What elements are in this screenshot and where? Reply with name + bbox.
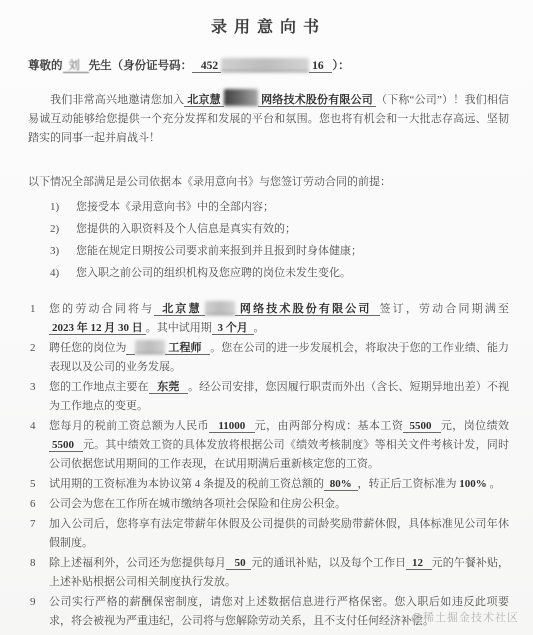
probation-salary-percent: 80% xyxy=(324,478,358,491)
document-page: 录用意向书 尊敬的 刘 先生（身份证号码： 45216 ）： 我们非常高兴地邀请… xyxy=(0,0,533,635)
item-number: 6 xyxy=(30,495,49,514)
contract-company-prefix: 北京慧 xyxy=(154,303,204,316)
id-number-redaction xyxy=(221,58,309,72)
item-text: 您每月的税前工资总额为人民币 11000 元，由两部分构成：基本工资 5500 … xyxy=(49,417,509,474)
company-name-suffix: 网络技术股份有限公司 xyxy=(258,94,376,107)
list-item: 3)您能在规定日期按公司要求前来报到并且报到时身体健康； xyxy=(28,240,509,262)
work-location: 东莞 xyxy=(149,381,188,394)
company-name-prefix: 北京慧 xyxy=(184,94,224,107)
list-item: 6公司会为您在工作所在城市缴纳各项社会保险和住房公积金。 xyxy=(28,495,509,514)
contract-company-suffix: 网络技术股份有限公司 xyxy=(235,303,380,316)
conditions-list: 1)您接受本《录用意向书》中的全部内容；2)您提供的入职资料及个人信息是真实有效… xyxy=(28,196,509,284)
item-number: 4) xyxy=(50,262,76,284)
list-item: 3您的工作地点主要在 东莞 。经公司安排，您因履行职责而外出（含长、短期异地出差… xyxy=(28,378,509,416)
id-number-prefix: 452 xyxy=(192,60,221,73)
lunch-allowance: 12 xyxy=(406,557,431,570)
item-text: 您入职之前公司的组织机构及您应聘的岗位未发生变化。 xyxy=(76,262,509,284)
list-item: 8除上述福利外，公司还为您提供每月 50 元的通讯补贴，以及每个工作日 12 元… xyxy=(28,554,509,592)
item-text: 公司会为您在工作所在城市缴纳各项社会保险和住房公积金。 xyxy=(49,495,509,514)
probation-period: 3 个月 xyxy=(212,322,254,335)
salutation-line: 尊敬的 刘 先生（身份证号码： 45216 ）： xyxy=(28,57,509,76)
item-number: 1) xyxy=(50,196,76,218)
position-redaction xyxy=(135,340,165,354)
item-number: 8 xyxy=(30,554,49,592)
list-item: 2聘任您的岗位为 工程师 。您在公司的进一步发展机会，将取决于您的工作业绩、能力… xyxy=(28,339,509,377)
item-number: 7 xyxy=(30,515,49,553)
base-salary: 5500 xyxy=(403,420,441,433)
list-item: 4)您入职之前公司的组织机构及您应聘的岗位未发生变化。 xyxy=(28,262,509,284)
item-number: 3) xyxy=(50,240,76,262)
recipient-name-redacted: 刘 xyxy=(63,60,89,73)
item-text: 加入公司后，您将享有法定带薪年休假及公司提供的司龄奖励带薪休假，具体标准见公司年… xyxy=(49,515,509,553)
list-item: 1您的劳动合同将与 北京慧网络技术股份有限公司 签订，劳动合同期满至2023 年… xyxy=(28,300,509,338)
item-number: 3 xyxy=(30,378,49,416)
item-text: 您能在规定日期按公司要求前来报到并且报到时身体健康； xyxy=(76,240,509,262)
conditions-intro: 以下情况全部满足是公司依据本《录用意向书》与您签订劳动合同的前提： xyxy=(28,173,509,192)
list-item: 5试用期的工资标准为本协议第 4 条提及的税前工资总额的 80% ，转正后工资标… xyxy=(28,475,509,494)
terms-list: 1您的劳动合同将与 北京慧网络技术股份有限公司 签订，劳动合同期满至2023 年… xyxy=(28,300,509,631)
position-title: 工程师 xyxy=(165,342,210,355)
watermark: @稀土掘金技术社区 xyxy=(411,609,519,625)
contract-end-date: 2023 年 12 月 30 日 xyxy=(49,322,146,335)
communication-allowance: 50 xyxy=(226,557,251,570)
item-text: 您接受本《录用意向书》中的全部内容； xyxy=(76,196,509,218)
item-text: 您提供的入职资料及个人信息是真实有效的； xyxy=(76,218,509,240)
list-item: 7加入公司后，您将享有法定带薪年休假及公司提供的司龄奖励带薪休假，具体标准见公司… xyxy=(28,515,509,553)
position-underline-lead xyxy=(126,342,135,355)
list-item: 1)您接受本《录用意向书》中的全部内容； xyxy=(28,196,509,218)
monthly-gross-salary: 11000 xyxy=(209,420,255,433)
item-text: 试用期的工资标准为本协议第 4 条提及的税前工资总额的 80% ，转正后工资标准… xyxy=(49,475,509,494)
opening-paragraph: 我们非常高兴地邀请您加入北京慧网络技术股份有限公司（下称“公司”）！我们相信易诚… xyxy=(28,89,509,148)
item-number: 5 xyxy=(30,475,49,494)
item-number: 1 xyxy=(30,300,49,338)
item-number: 9 xyxy=(30,593,49,631)
item-text: 您的工作地点主要在 东莞 。经公司安排，您因履行职责而外出（含长、短期异地出差）… xyxy=(49,378,509,416)
item-text: 除上述福利外，公司还为您提供每月 50 元的通讯补贴，以及每个工作日 12 元的… xyxy=(49,554,509,592)
item-text: 聘任您的岗位为 工程师 。您在公司的进一步发展机会，将取决于您的工作业绩、能力表… xyxy=(49,339,509,377)
company-name-redaction xyxy=(224,89,258,106)
list-item: 4您每月的税前工资总额为人民币 11000 元，由两部分构成：基本工资 5500… xyxy=(28,417,509,474)
contract-company-redaction xyxy=(205,301,235,315)
item-number: 2 xyxy=(30,339,49,377)
item-number: 4 xyxy=(30,417,49,474)
id-number-suffix: 16 xyxy=(309,60,332,73)
item-text: 您的劳动合同将与 北京慧网络技术股份有限公司 签订，劳动合同期满至2023 年 … xyxy=(49,300,509,338)
item-number: 2) xyxy=(50,218,76,240)
regular-salary-percent: 100% xyxy=(459,478,487,490)
page-title: 录用意向书 xyxy=(28,14,509,37)
list-item: 2)您提供的入职资料及个人信息是真实有效的； xyxy=(28,218,509,240)
performance-salary: 5500 xyxy=(49,439,83,452)
